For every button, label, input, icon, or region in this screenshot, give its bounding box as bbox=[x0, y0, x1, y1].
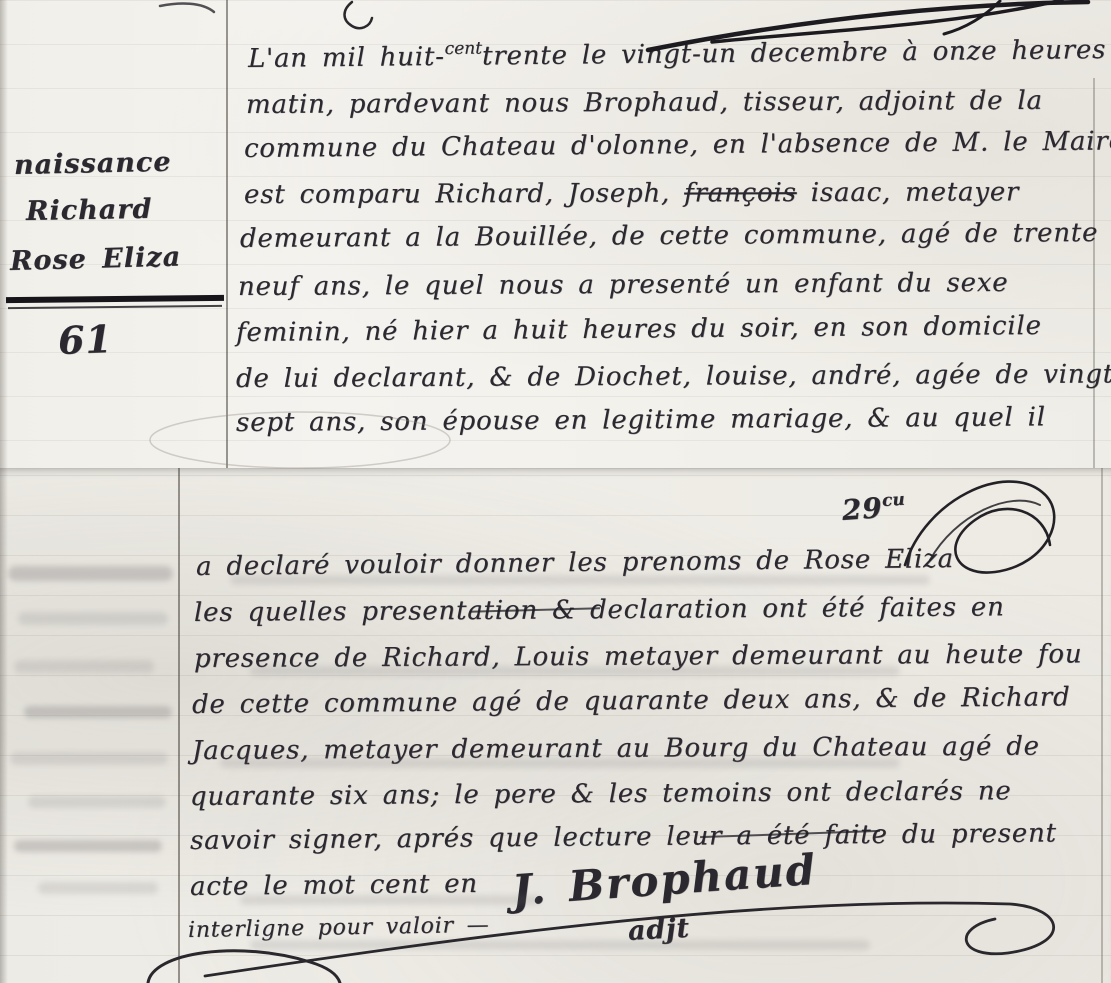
act-line: les quelles presentation & declaration o… bbox=[194, 592, 1005, 628]
page-number-annotation: 29cu bbox=[841, 490, 906, 527]
act-line: interligne pour valoir — bbox=[188, 913, 490, 943]
bleedthrough-smudge bbox=[14, 840, 162, 852]
act-line-text: L'an mil huit- bbox=[248, 42, 445, 74]
act-line: neuf ans, le quel nous a presenté un enf… bbox=[238, 268, 1009, 302]
act-line: est comparu Richard, Joseph, françois is… bbox=[244, 177, 1019, 210]
page-number-suffix: cu bbox=[881, 490, 905, 512]
bleedthrough-smudge bbox=[28, 796, 166, 808]
act-line: quarante six ans; le pere & les temoins … bbox=[190, 776, 1012, 812]
bleedthrough-smudge bbox=[8, 566, 173, 581]
act-line: matin, pardevant nous Brophaud, tisseur,… bbox=[246, 86, 1043, 120]
register-scan: naissance Richard Rose Eliza 61 L'an mil… bbox=[0, 0, 1111, 983]
bleedthrough-smudge bbox=[220, 758, 900, 768]
margin-word-naissance: naissance bbox=[14, 147, 172, 181]
bleedthrough-smudge bbox=[14, 660, 154, 673]
bleedthrough-smudge bbox=[230, 575, 930, 585]
bleedthrough-smudge bbox=[38, 882, 158, 894]
act-line: sept ans, son épouse en legitime mariage… bbox=[236, 402, 1046, 438]
margin-word-surname: Richard bbox=[26, 194, 153, 227]
bleedthrough-smudge bbox=[24, 706, 172, 718]
margin-rule-top bbox=[226, 0, 228, 468]
page-number: 29 bbox=[841, 491, 884, 527]
margin-rule-bottom bbox=[178, 468, 180, 983]
interlined-word-cent: cent bbox=[445, 39, 483, 59]
act-line-text: est comparu Richard, Joseph, bbox=[244, 178, 684, 210]
bleedthrough-smudge bbox=[250, 666, 900, 676]
act-line: demeurant a la Bouillée, de cette commun… bbox=[240, 218, 1098, 254]
act-line: de lui declarant, & de Diochet, louise, … bbox=[236, 359, 1111, 394]
struck-word-francois: françois bbox=[684, 178, 797, 208]
bleedthrough-smudge bbox=[10, 752, 168, 765]
bleedthrough-smudge bbox=[240, 895, 540, 905]
bleedthrough-smudge bbox=[250, 940, 870, 950]
scan-left-edge-shadow bbox=[0, 0, 8, 983]
bleedthrough-smudge bbox=[18, 612, 168, 625]
right-rule-bottom bbox=[1101, 468, 1103, 983]
act-number: 61 bbox=[57, 316, 113, 363]
act-line-text: isaac, metayer bbox=[797, 177, 1020, 208]
margin-word-firstnames: Rose Eliza bbox=[10, 242, 182, 277]
